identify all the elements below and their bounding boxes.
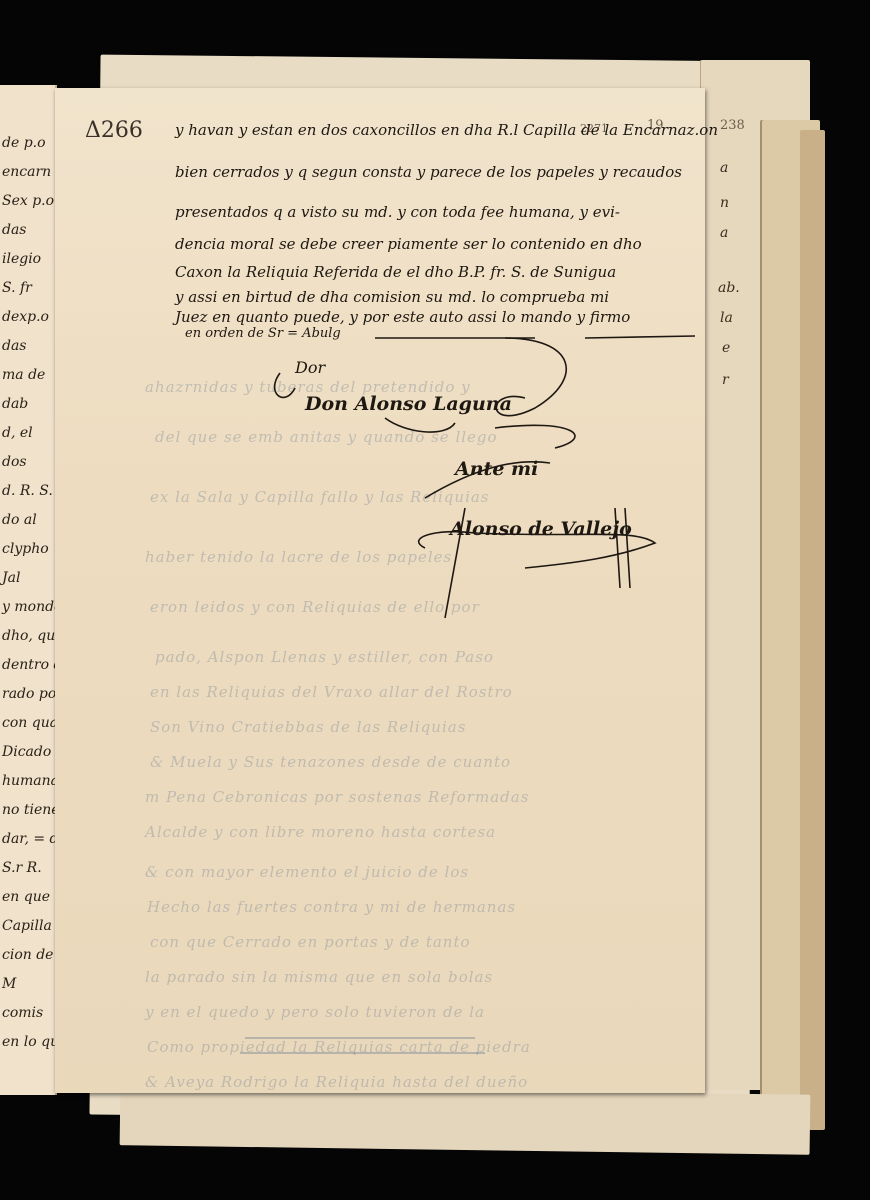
left-page-fragment: humana bbox=[2, 773, 59, 789]
left-page-fragment: M bbox=[2, 976, 16, 992]
edge-fragment: ab. bbox=[718, 280, 740, 296]
text-line: y assi en birtud de dha comision su md. … bbox=[175, 288, 609, 306]
edge-fragment: r bbox=[722, 372, 729, 388]
signature-vallejo: Alonso de Vallejo bbox=[450, 518, 632, 540]
edge-fragment: la bbox=[720, 310, 733, 326]
left-page-fragment: do al bbox=[2, 512, 37, 528]
edge-fragment: e bbox=[722, 340, 730, 356]
left-page-fragment: das bbox=[2, 222, 27, 238]
edge-fragment: a bbox=[720, 160, 728, 176]
left-page-fragment: cion de bbox=[2, 947, 53, 963]
left-page-fragment: dab bbox=[2, 396, 28, 412]
text-line: bien cerrados y q segun consta y parece … bbox=[175, 163, 682, 181]
left-page-fragment: clypho bbox=[2, 541, 49, 557]
left-page-fragment: d, el bbox=[2, 425, 33, 441]
manuscript-folio: Δ266 2271 19 ahazrnidas y tuberas del pr… bbox=[55, 88, 705, 1093]
left-page-fragment: encarn bbox=[2, 164, 51, 180]
left-page-fragment: d. R. S. bbox=[2, 483, 53, 499]
left-page-fragment: Jal bbox=[2, 570, 20, 586]
text-line: y havan y estan en dos caxoncillos en dh… bbox=[175, 121, 718, 139]
left-page-fragment: no tiene bbox=[2, 802, 60, 818]
left-page-fragment: dos bbox=[2, 454, 27, 470]
signature-title: Dor bbox=[295, 358, 325, 377]
left-page-fragment: Sex p.o bbox=[2, 193, 54, 209]
text-line: presentados q a visto su md. y con toda … bbox=[175, 203, 620, 221]
back-leaf-bottom bbox=[120, 1085, 811, 1155]
left-page-fragment: das bbox=[2, 338, 27, 354]
left-page-fragment: de p.o bbox=[2, 135, 46, 151]
folio-number: Δ266 bbox=[85, 118, 143, 143]
signature-laguna: Don Alonso Laguna bbox=[305, 393, 512, 415]
left-page-fragment: Capilla bbox=[2, 918, 52, 934]
back-leaf-number-2: 238 bbox=[720, 118, 745, 133]
text-line: en orden de Sr = Abulg bbox=[185, 326, 341, 341]
folio-number-value: 266 bbox=[101, 118, 143, 143]
left-page-fragment: rado por bbox=[2, 686, 63, 702]
text-line: Caxon la Reliquia Referida de el dho B.P… bbox=[175, 263, 616, 281]
left-facing-page: de p.oencarnSex p.odasilegioS. frdexp.od… bbox=[0, 85, 57, 1095]
back-leaf-edge-3 bbox=[800, 130, 825, 1130]
text-line: Juez en quanto puede, y por este auto as… bbox=[175, 308, 630, 326]
left-page-fragment: dexp.o bbox=[2, 309, 49, 325]
left-page-fragment: Dicado bbox=[2, 744, 51, 760]
edge-fragment: a bbox=[720, 225, 728, 241]
left-page-fragment: ilegio bbox=[2, 251, 41, 267]
left-page-fragment: en que bbox=[2, 889, 50, 905]
left-page-fragment: y mondo bbox=[2, 599, 62, 615]
left-page-fragment: comis bbox=[2, 1005, 43, 1021]
edge-fragment: n bbox=[720, 195, 729, 211]
left-page-fragment: ma de bbox=[2, 367, 45, 383]
left-page-fragment: S. fr bbox=[2, 280, 32, 296]
signature-witness-label: Ante mi bbox=[455, 458, 538, 480]
text-line: dencia moral se debe creer piamente ser … bbox=[175, 235, 642, 253]
left-page-fragment: S.r R. bbox=[2, 860, 42, 876]
